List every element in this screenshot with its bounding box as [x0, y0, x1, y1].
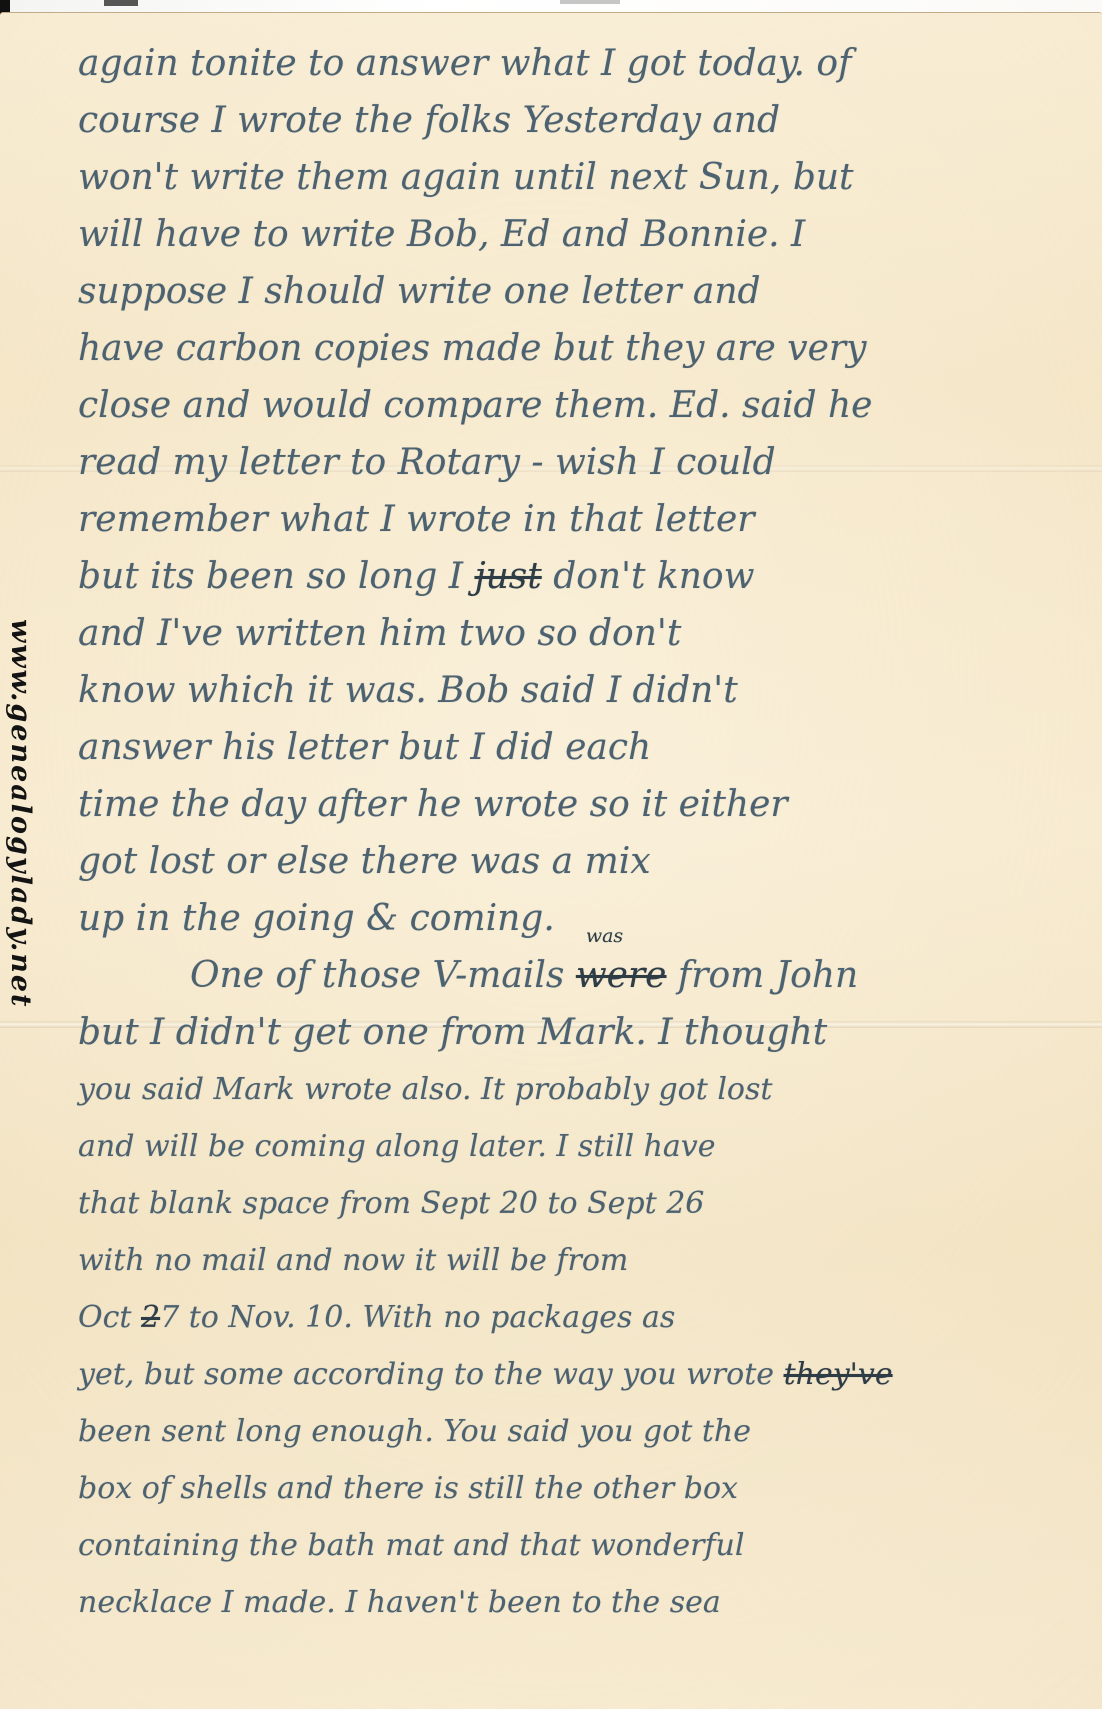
letter-text: won't write them again until next Sun, b… — [78, 157, 854, 198]
handwritten-line: yet, but some according to the way you w… — [78, 1346, 1050, 1403]
scanned-letter-page: www.genealogylady.net again tonite to an… — [0, 0, 1102, 1709]
handwritten-line: won't write them again until next Sun, b… — [78, 149, 1050, 206]
inserted-word: was — [586, 927, 623, 946]
letter-text: 7 to Nov. 10. With no packages as — [160, 1300, 675, 1335]
letter-text: don't know — [542, 556, 755, 597]
letter-text: remember what I wrote in that letter — [78, 499, 754, 540]
letter-text: answer his letter but I did each — [78, 727, 651, 768]
letter-text: up in the going & coming. — [78, 898, 555, 939]
handwritten-line: Oct 27 to Nov. 10. With no packages as — [78, 1289, 1050, 1346]
letter-text: again tonite to answer what I got today.… — [78, 43, 851, 84]
handwritten-line: time the day after he wrote so it either — [78, 776, 1050, 833]
letter-text: have carbon copies made but they are ver… — [78, 328, 866, 369]
struck-word: they've — [784, 1357, 893, 1392]
letter-text: know which it was. Bob said I didn't — [78, 670, 738, 711]
letter-text: that blank space from Sept 20 to Sept 26 — [78, 1186, 704, 1221]
struck-word: just — [474, 556, 541, 597]
struck-word: were — [576, 955, 667, 996]
handwritten-line: close and would compare them. Ed. said h… — [78, 377, 1050, 434]
handwritten-line: suppose I should write one letter and — [78, 263, 1050, 320]
handwritten-line: One of those V-mails waswere from John — [78, 947, 1050, 1004]
handwritten-line: necklace I made. I haven't been to the s… — [78, 1574, 1050, 1631]
letter-paper: www.genealogylady.net again tonite to an… — [0, 12, 1102, 1709]
letter-text: and I've written him two so don't — [78, 613, 681, 654]
handwritten-line: and will be coming along later. I still … — [78, 1118, 1050, 1175]
letter-text: box of shells and there is still the oth… — [78, 1471, 738, 1506]
letter-text: suppose I should write one letter and — [78, 271, 761, 312]
handwritten-line: have carbon copies made but they are ver… — [78, 320, 1050, 377]
handwritten-line: you said Mark wrote also. It probably go… — [78, 1061, 1050, 1118]
handwritten-line: remember what I wrote in that letter — [78, 491, 1050, 548]
letter-text: containing the bath mat and that wonderf… — [78, 1528, 744, 1563]
handwritten-line: that blank space from Sept 20 to Sept 26 — [78, 1175, 1050, 1232]
handwritten-line: again tonite to answer what I got today.… — [78, 35, 1050, 92]
letter-text: you said Mark wrote also. It probably go… — [78, 1072, 772, 1107]
handwritten-line: read my letter to Rotary - wish I could — [78, 434, 1050, 491]
handwritten-letter-text: again tonite to answer what I got today.… — [0, 13, 1102, 1631]
handwritten-line: but its been so long I just don't know — [78, 548, 1050, 605]
letter-text: close and would compare them. Ed. said h… — [78, 385, 872, 426]
handwritten-line: know which it was. Bob said I didn't — [78, 662, 1050, 719]
letter-text: time the day after he wrote so it either — [78, 784, 788, 825]
struck-word: 2 — [141, 1300, 160, 1335]
handwritten-line: been sent long enough. You said you got … — [78, 1403, 1050, 1460]
handwritten-line: course I wrote the folks Yesterday and — [78, 92, 1050, 149]
letter-text: read my letter to Rotary - wish I could — [78, 442, 776, 483]
handwritten-line: will have to write Bob, Ed and Bonnie. I — [78, 206, 1050, 263]
handwritten-line: up in the going & coming. — [78, 890, 1050, 947]
handwritten-line: with no mail and now it will be from — [78, 1232, 1050, 1289]
handwritten-line: box of shells and there is still the oth… — [78, 1460, 1050, 1517]
handwritten-line: but I didn't get one from Mark. I though… — [78, 1004, 1050, 1061]
letter-text: necklace I made. I haven't been to the s… — [78, 1585, 721, 1620]
letter-text: and will be coming along later. I still … — [78, 1129, 716, 1164]
letter-text: but I didn't get one from Mark. I though… — [78, 1012, 827, 1053]
letter-text: been sent long enough. You said you got … — [78, 1414, 751, 1449]
letter-text: with no mail and now it will be from — [78, 1243, 628, 1278]
letter-text: yet, but some according to the way you w… — [78, 1357, 784, 1392]
letter-text: will have to write Bob, Ed and Bonnie. I — [78, 214, 805, 255]
letter-text: course I wrote the folks Yesterday and — [78, 100, 780, 141]
letter-text: but its been so long I — [78, 556, 474, 597]
handwritten-line: answer his letter but I did each — [78, 719, 1050, 776]
handwritten-line: and I've written him two so don't — [78, 605, 1050, 662]
scan-artifact-dash — [104, 0, 138, 6]
letter-text: One of those V-mails — [190, 955, 576, 996]
correction: waswere — [576, 947, 667, 1004]
letter-text: from John — [666, 955, 858, 996]
letter-text: got lost or else there was a mix — [78, 841, 651, 882]
handwritten-line: got lost or else there was a mix — [78, 833, 1050, 890]
scan-artifact-dash — [560, 0, 620, 4]
letter-text: Oct — [78, 1300, 141, 1335]
handwritten-line: containing the bath mat and that wonderf… — [78, 1517, 1050, 1574]
